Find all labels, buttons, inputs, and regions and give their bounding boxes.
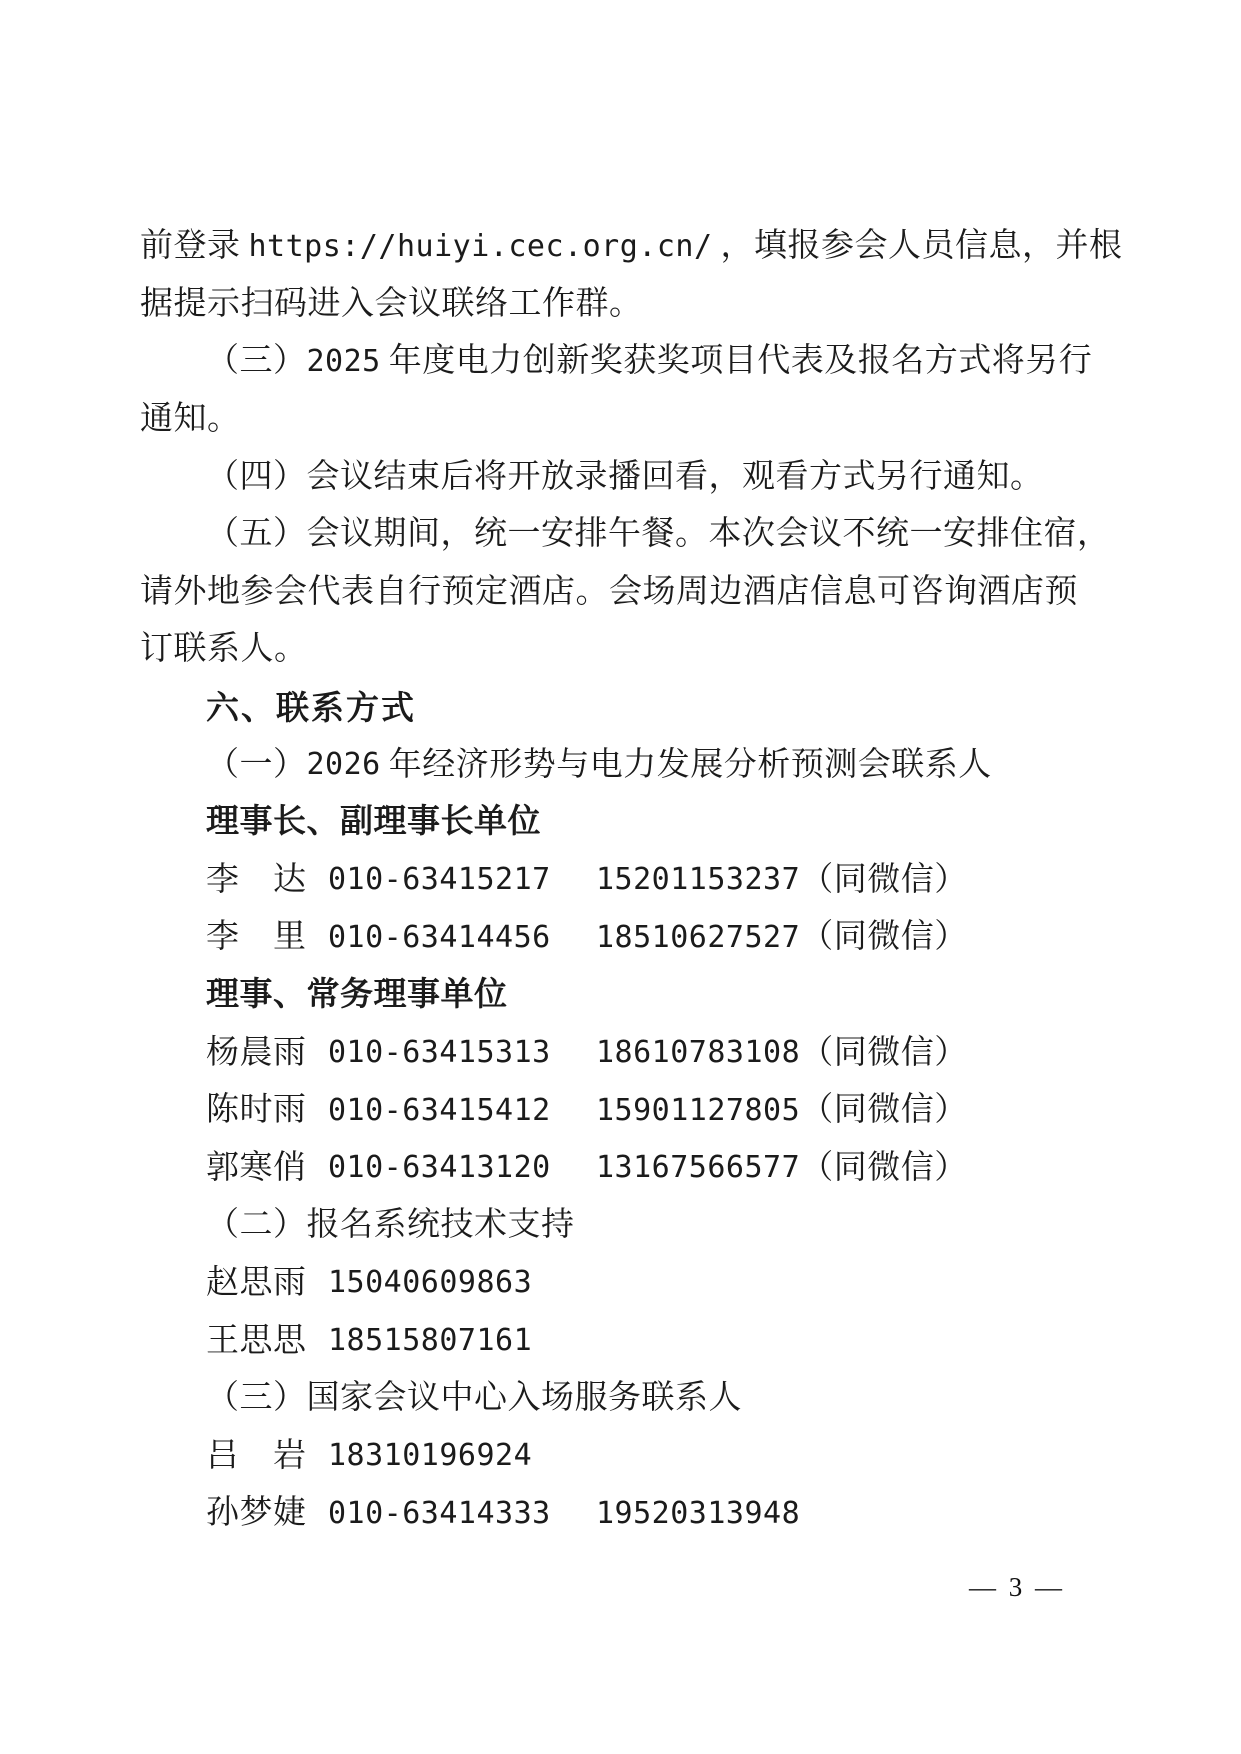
item-four-text: （四）会议结束后将开放录播回看，观看方式另行通知。 [206, 461, 1044, 494]
paragraph-line: 请外地参会代表自行预定酒店。会场周边酒店信息可咨询酒店预 [140, 564, 1080, 622]
contact-office-phone: 010-63414456 [328, 923, 596, 953]
wechat-note: （同微信） [800, 921, 968, 954]
item-five-line3: 订联系人。 [140, 633, 308, 666]
contact-name: 杨晨雨 [206, 1037, 328, 1070]
contact-name: 郭寒俏 [206, 1152, 328, 1185]
paragraph-line: 订联系人。 [140, 621, 1080, 679]
subsection-heading: （一） 2026 年经济形势与电力发展分析预测会联系人 [140, 736, 1080, 794]
item-five-line2: 请外地参会代表自行预定酒店。会场周边酒店信息可咨询酒店预 [140, 576, 1078, 609]
page-number: — 3 — [969, 1572, 1065, 1603]
sub1-text: 年经济形势与电力发展分析预测会联系人 [389, 749, 992, 782]
contact-section-title: 六、联系方式 [206, 691, 416, 724]
contact-name: 吕 岩 [206, 1440, 328, 1473]
group2-heading: 理事、常务理事单位 [206, 979, 508, 1012]
contact-mobile-phone: 18310196924 [328, 1441, 532, 1471]
item-three-year: 2025 [307, 347, 381, 377]
contact-name: 李 达 [206, 864, 328, 897]
contact-office-phone: 010-63414333 [328, 1499, 596, 1529]
paragraph-line: 通知。 [140, 391, 1080, 449]
contact-office-phone: 010-63415313 [328, 1038, 596, 1068]
item-five-line1: （五）会议期间，统一安排午餐。本次会议不统一安排住宿， [206, 518, 1111, 551]
contact-row: 李 达 010-63415217 15201153237 （同微信） [140, 852, 1080, 910]
registration-url: https://huiyi.cec.org.cn/ [249, 232, 713, 262]
contact-mobile-phone: 18515807161 [328, 1326, 532, 1356]
contact-name: 陈时雨 [206, 1094, 328, 1127]
contact-row: 赵思雨 15040609863 [140, 1255, 1080, 1313]
contact-row: 孙梦婕 010-63414333 19520313948 [140, 1485, 1080, 1543]
contact-name: 孙梦婕 [206, 1497, 328, 1530]
subsection-heading: （二）报名系统技术支持 [140, 1197, 1080, 1255]
intro-line1-prefix: 前登录 [140, 230, 241, 263]
contact-row: 陈时雨 010-63415412 15901127805 （同微信） [140, 1082, 1080, 1140]
wechat-note: （同微信） [800, 1094, 968, 1127]
contact-office-phone: 010-63415412 [328, 1096, 596, 1126]
contact-mobile-phone: 18510627527 [596, 923, 800, 953]
intro-line2: 据提示扫码进入会议联络工作群。 [140, 288, 643, 321]
sub3-text: （三）国家会议中心入场服务联系人 [206, 1382, 742, 1415]
contact-name: 王思思 [206, 1325, 328, 1358]
wechat-note: （同微信） [800, 864, 968, 897]
contact-row: 李 里 010-63414456 18510627527 （同微信） [140, 909, 1080, 967]
item-three-prefix: （三） [206, 345, 307, 378]
paragraph-line: （三） 2025 年度电力创新奖获奖项目代表及报名方式将另行 [140, 333, 1080, 391]
contact-mobile-phone: 15040609863 [328, 1268, 532, 1298]
paragraph-line: 据提示扫码进入会议联络工作群。 [140, 276, 1080, 334]
contact-office-phone: 010-63415217 [328, 865, 596, 895]
paragraph-line: （五）会议期间，统一安排午餐。本次会议不统一安排住宿， [140, 506, 1080, 564]
contact-row: 郭寒俏 010-63413120 13167566577 （同微信） [140, 1140, 1080, 1198]
item-three-line2: 通知。 [140, 403, 241, 436]
subsection-heading: （三）国家会议中心入场服务联系人 [140, 1370, 1080, 1428]
wechat-note: （同微信） [800, 1152, 968, 1185]
contact-row: 杨晨雨 010-63415313 18610783108 （同微信） [140, 1024, 1080, 1082]
contact-row: 吕 岩 18310196924 [140, 1427, 1080, 1485]
paragraph-line: （四）会议结束后将开放录播回看，观看方式另行通知。 [140, 448, 1080, 506]
document-body: 前登录 https://huiyi.cec.org.cn/ ，填报参会人员信息，… [140, 218, 1080, 1543]
sub2-text: （二）报名系统技术支持 [206, 1209, 575, 1242]
contact-mobile-phone: 18610783108 [596, 1038, 800, 1068]
sub1-year: 2026 [307, 750, 381, 780]
contact-row: 王思思 18515807161 [140, 1312, 1080, 1370]
sub1-prefix: （一） [206, 749, 307, 782]
contact-mobile-phone: 15901127805 [596, 1096, 800, 1126]
intro-line1-suffix: ，填报参会人员信息，并根 [721, 230, 1123, 263]
item-three-text: 年度电力创新奖获奖项目代表及报名方式将另行 [389, 345, 1093, 378]
contact-group-heading: 理事、常务理事单位 [140, 967, 1080, 1025]
contact-mobile-phone: 15201153237 [596, 865, 800, 895]
wechat-note: （同微信） [800, 1037, 968, 1070]
contact-mobile-phone: 19520313948 [596, 1499, 800, 1529]
document-page: 前登录 https://huiyi.cec.org.cn/ ，填报参会人员信息，… [0, 0, 1241, 1754]
contact-name: 赵思雨 [206, 1267, 328, 1300]
contact-mobile-phone: 13167566577 [596, 1153, 800, 1183]
section-heading: 六、联系方式 [140, 679, 1080, 737]
contact-group-heading: 理事长、副理事长单位 [140, 794, 1080, 852]
contact-name: 李 里 [206, 921, 328, 954]
group1-heading: 理事长、副理事长单位 [206, 806, 541, 839]
contact-office-phone: 010-63413120 [328, 1153, 596, 1183]
paragraph-line: 前登录 https://huiyi.cec.org.cn/ ，填报参会人员信息，… [140, 218, 1080, 276]
